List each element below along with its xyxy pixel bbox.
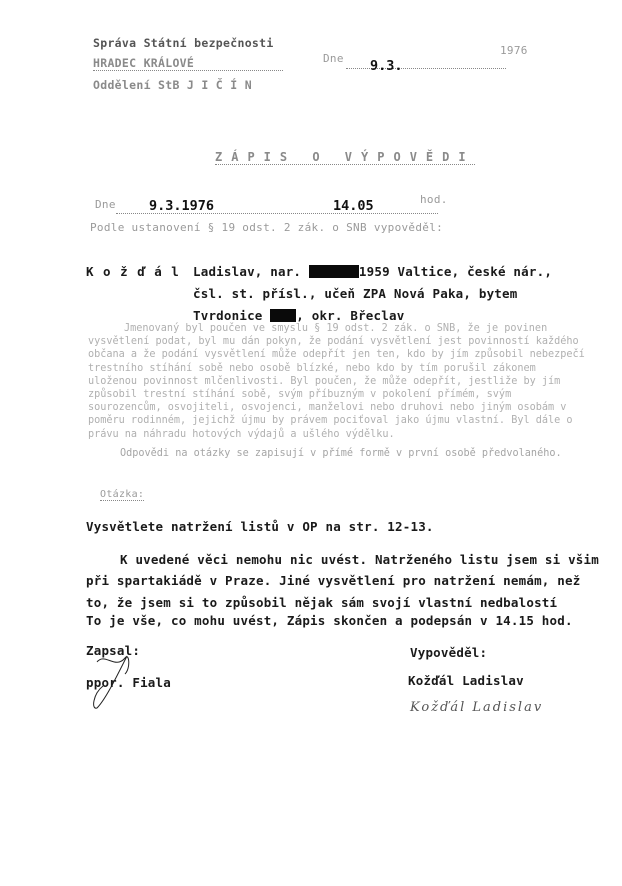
- witness-signature: Kožďál Ladislav: [410, 700, 543, 715]
- document-title: ZÁPIS O VÝPOVĚDI: [215, 150, 475, 165]
- answer-line-4: To je vše, co mohu uvést, Zápis skončen …: [86, 613, 573, 628]
- org-region: HRADEC KRÁLOVÉ: [93, 56, 283, 71]
- person-line3: Tvrdonice , okr. Břeclav: [193, 308, 404, 323]
- witness-label: Vypověděl:: [410, 645, 487, 660]
- session-time-label: hod.: [420, 193, 448, 206]
- org-department: Oddělení StB J I Č Í N: [93, 78, 252, 92]
- redacted-birthdate: [309, 265, 359, 278]
- question-label: Otázka:: [100, 489, 144, 501]
- person-district: , okr. Břeclav: [296, 308, 404, 323]
- answer-line-3: to, že jsem si to způsobil nějak sám svo…: [86, 595, 557, 610]
- session-date: 9.3.1976: [149, 198, 214, 214]
- person-line2: čsl. st. přísl., učeň ZPA Nová Paka, byt…: [193, 286, 517, 301]
- org-name: Správa Státní bezpečnosti: [93, 36, 274, 50]
- header-date-label: Dne: [323, 52, 344, 65]
- legal-notice: Jmenovaný byl poučen ve smyslu § 19 odst…: [88, 322, 588, 441]
- header-year: 1976: [500, 44, 528, 57]
- person-residence: Tvrdonice: [193, 308, 263, 323]
- legal-basis: Podle ustanovení § 19 odst. 2 zák. o SNB…: [90, 221, 443, 234]
- person-name-dob-prefix: Ladislav, nar.: [193, 264, 301, 279]
- redacted-address: [270, 309, 296, 322]
- person-birth-place: 1959 Valtice, české nár.,: [359, 264, 552, 279]
- recorder-name: ppor. Fiala: [86, 675, 171, 690]
- witness-name: Kožďál Ladislav: [408, 673, 524, 688]
- person-line1: Ladislav, nar. 1959 Valtice, české nár.,: [193, 264, 552, 279]
- legal-notice-closing: Odpovědi na otázky se zapisují v přímé f…: [90, 447, 590, 460]
- session-time: 14.05: [333, 198, 374, 214]
- header-date-value: 9.3.: [370, 58, 403, 74]
- answer-line-1: K uvedené věci nemohu nic uvést. Natržen…: [120, 552, 599, 567]
- question-text: Vysvětlete natržení listů v OP na str. 1…: [86, 519, 434, 534]
- session-date-label: Dne: [95, 198, 116, 211]
- person-surname: K o ž ď á l: [86, 264, 180, 279]
- answer-line-2: při spartakiádě v Praze. Jiné vysvětlení…: [86, 573, 580, 588]
